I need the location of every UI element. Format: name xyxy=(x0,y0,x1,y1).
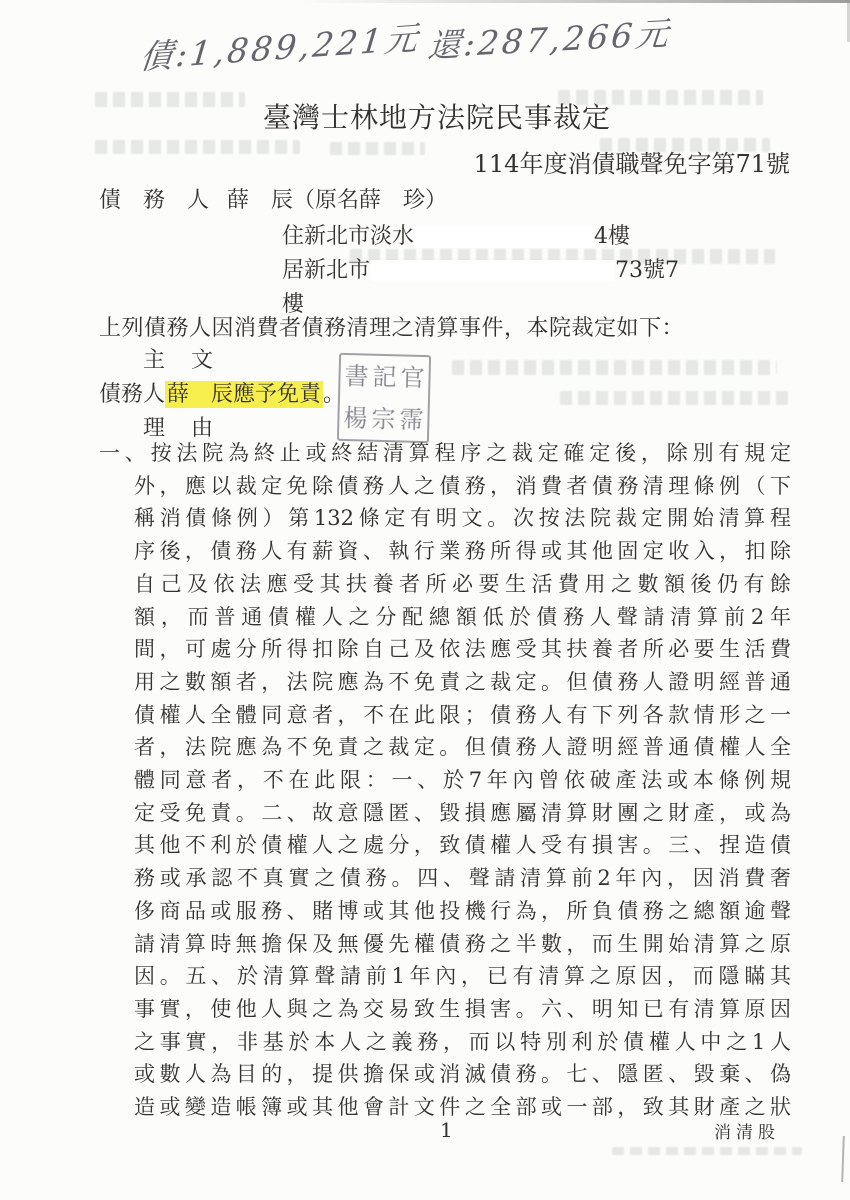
reason-line: 自己及依法應受其扶養者所必要生活費用之數額後仍有餘 xyxy=(99,568,791,601)
stamp-title: 書記官 xyxy=(340,364,429,390)
reason-line: 其他不利於債權人之處分，致債權人受有損害。三、捏造債 xyxy=(99,829,791,862)
reason-line: 稱消債條例）第132條定有明文。次按法院裁定開始清算程 xyxy=(99,502,791,535)
reason-line: 用之數額者，法院應為不免責之裁定。但債務人證明經普通 xyxy=(99,666,791,699)
reason-line: 序後，債務人有薪資、執行業務所得或其他固定收入，扣除 xyxy=(99,535,791,568)
court-title: 臺灣士林地方法院民事裁定 xyxy=(263,96,611,136)
reason-line: 間，可處分所得扣除自己及依法應受其扶養者所必要生活費 xyxy=(99,633,791,666)
reason-line: 體同意者，不在此限：一、於7年內曾依破產法或本條例規 xyxy=(99,764,791,797)
residence-address-line: 住新北市淡水4樓 xyxy=(282,219,630,250)
reason-line: 一、按法院為終止或終結清算程序之裁定確定後，除別有規定 xyxy=(99,437,791,470)
handwritten-repaid-amount: 還:287,266元 xyxy=(426,7,673,67)
scan-mark xyxy=(841,1136,845,1182)
reason-body: 一、按法院為終止或終結清算程序之裁定確定後，除別有規定外，應以裁定免除債務人之債… xyxy=(99,437,791,1124)
reason-line: 或數人為目的，提供擔保或消滅債務。七、隱匿、毀棄、偽 xyxy=(99,1058,791,1091)
intro-sentence: 上列債務人因消費者債務清理之清算事件，本院裁定如下： xyxy=(99,311,684,342)
address-text: 住新北市淡水 xyxy=(282,224,414,249)
scanned-document-page: 債:1,889,221元 還:287,266元 臺灣士林地方法院民事裁定 114… xyxy=(0,0,850,1200)
ruling-sentence: 債務人薛 辰應予免責。 xyxy=(99,377,345,408)
ruling-prefix: 債務人 xyxy=(99,382,165,407)
case-number: 114年度消債職聲免字第71號 xyxy=(474,144,790,179)
reason-line: 因。五、於清算聲請前1年內，已有清算之原因，而隱瞞其 xyxy=(99,960,791,993)
page-number: 1 xyxy=(440,1118,453,1142)
address-text: 73號7 xyxy=(615,258,679,283)
reason-line: 請清算時無擔保及無優先權債務之半數，而生開始清算之原 xyxy=(99,928,791,961)
reason-line: 額，而普通債權人之分配總額低於債務人聲請清算前2年 xyxy=(99,601,791,634)
faint-print-artifact xyxy=(612,1147,802,1155)
debtor-label: 債 務 人 xyxy=(99,188,209,213)
bleedthrough-smudge xyxy=(95,92,245,107)
bleedthrough-smudge xyxy=(560,391,788,405)
highlighted-ruling: 薛 辰應予免責 xyxy=(165,381,323,408)
redaction-box xyxy=(414,226,594,248)
handwritten-debt-amount: 債:1,889,221元 xyxy=(138,12,423,79)
domicile-address-line: 居新北市73號7 xyxy=(282,253,679,284)
bleedthrough-smudge xyxy=(330,142,425,155)
debtor-name: 薛 辰（原名薛 珍） xyxy=(227,188,447,213)
reason-line: 侈商品或服務、賭博或其他投機行為，所負債務之總額逾聲 xyxy=(99,895,791,928)
reason-line: 之事實，非基於本人之義務，而以特別利於債權人中之1人 xyxy=(99,1026,791,1059)
stamp-name: 楊宗霈 xyxy=(339,406,428,432)
scan-edge-artifact xyxy=(300,0,850,3)
bleedthrough-smudge xyxy=(95,140,300,154)
division-label: 消清股 xyxy=(714,1118,780,1143)
reason-line: 務或承認不真實之債務。四、聲請清算前2年內，因消費奢 xyxy=(99,862,791,895)
reason-line: 事實，使他人與之為交易致生損害。六、明知已有清算原因 xyxy=(99,993,791,1026)
reason-line: 債權人全體同意者，不在此限；債務人有下列各款情形之一 xyxy=(99,699,791,732)
court-clerk-stamp: 書記官 楊宗霈 xyxy=(337,353,431,443)
reason-line: 者，法院應為不免責之裁定。但債務人證明經普通債權人全 xyxy=(99,731,791,764)
redaction-box xyxy=(370,260,615,282)
address-text: 居新北市 xyxy=(282,258,370,283)
reason-line: 定受免責。二、故意隱匿、毀損應屬清算財團之財產，或為 xyxy=(99,797,791,830)
address-text: 4樓 xyxy=(594,224,630,249)
main-text-heading: 主 文 xyxy=(143,343,215,374)
debtor-line: 債 務 人薛 辰（原名薛 珍） xyxy=(99,183,447,214)
bleedthrough-smudge xyxy=(452,360,777,375)
reason-line: 外，應以裁定免除債務人之債務，消費者債務清理條例（下 xyxy=(99,470,791,503)
